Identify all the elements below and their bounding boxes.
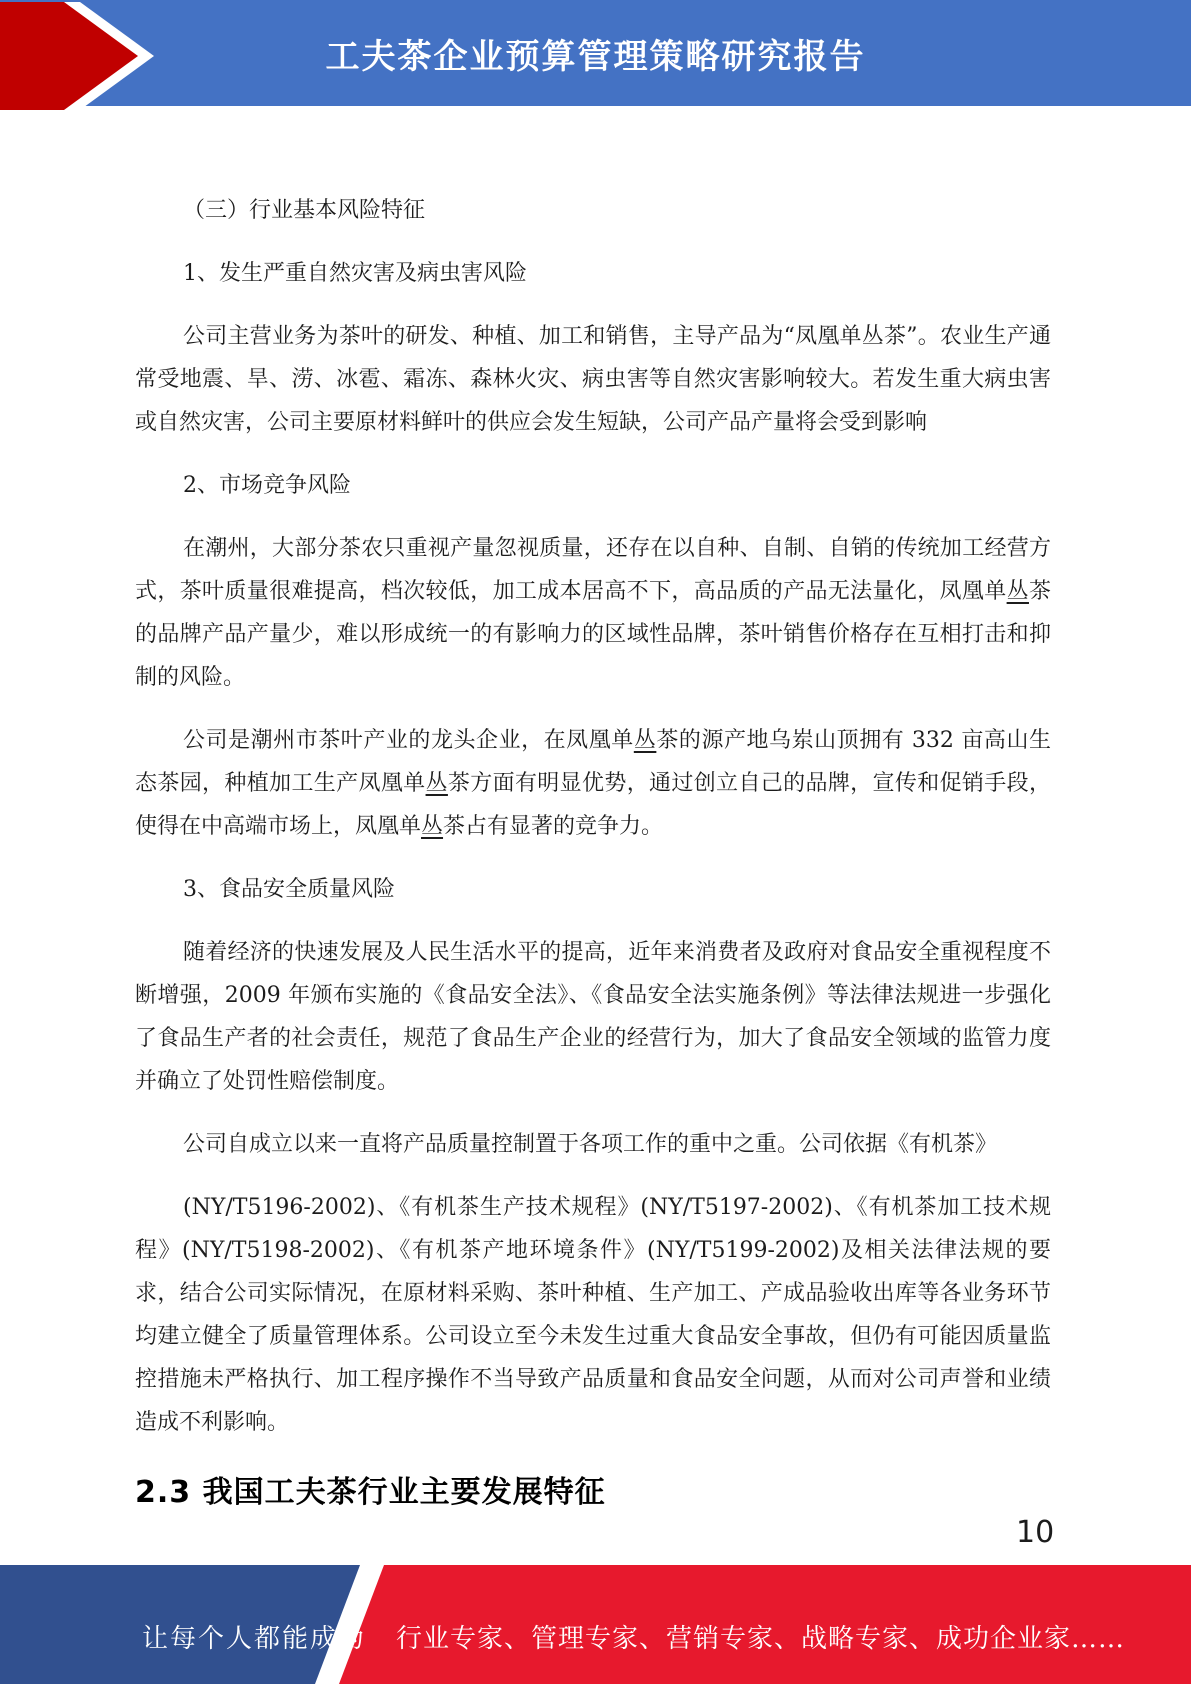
footer-slogan-left: 让每个人都能成为	[142, 1618, 366, 1655]
paragraph: 公司是潮州市茶叶产业的龙头企业，在凤凰单丛茶的源产地乌岽山顶拥有 332 亩高山…	[135, 719, 1051, 848]
text-run: 2、市场竞争风险	[183, 473, 351, 498]
footer-slogan-right: 行业专家、管理专家、营销专家、战略专家、成功企业家……	[396, 1618, 1125, 1655]
underlined-text: 丛	[1007, 579, 1029, 604]
document-body: （三）行业基本风险特征1、发生严重自然灾害及病虫害风险公司主营业务为茶叶的研发、…	[135, 115, 1051, 1534]
text-run: 公司是潮州市茶叶产业的龙头企业，在凤凰单	[183, 728, 634, 753]
paragraph: (NY/T5196-2002)、《有机茶生产技术规程》(NY/T5197-200…	[135, 1186, 1051, 1444]
paragraph: 公司自成立以来一直将产品质量控制置于各项工作的重中之重。公司依据《有机茶》	[135, 1123, 1051, 1166]
text-run: 公司自成立以来一直将产品质量控制置于各项工作的重中之重。公司依据《有机茶》	[183, 1132, 997, 1157]
text-run: （三）行业基本风险特征	[183, 198, 425, 223]
page-number: 10	[1016, 1515, 1054, 1550]
sub-heading: 2、市场竞争风险	[135, 464, 1051, 507]
report-title: 工夫茶企业预算管理策略研究报告	[0, 0, 1191, 106]
page-footer: 让每个人都能成为 行业专家、管理专家、营销专家、战略专家、成功企业家……	[0, 1565, 1191, 1684]
underlined-text: 丛	[426, 771, 448, 796]
underlined-text: 丛	[421, 814, 443, 839]
paragraph: 随着经济的快速发展及人民生活水平的提高，近年来消费者及政府对食品安全重视程度不断…	[135, 931, 1051, 1103]
paragraph: 在潮州，大部分茶农只重视产量忽视质量，还存在以自种、自制、自销的传统加工经营方式…	[135, 527, 1051, 699]
text-run: 公司主营业务为茶叶的研发、种植、加工和销售，主导产品为“凤凰单丛茶”。农业生产通…	[135, 324, 1051, 435]
text-run: 随着经济的快速发展及人民生活水平的提高，近年来消费者及政府对食品安全重视程度不断…	[135, 940, 1051, 1094]
text-run: (NY/T5196-2002)、《有机茶生产技术规程》(NY/T5197-200…	[135, 1195, 1051, 1435]
sub-heading: 3、食品安全质量风险	[135, 868, 1051, 911]
sub-heading: 1、发生严重自然灾害及病虫害风险	[135, 252, 1051, 295]
report-header: 工夫茶企业预算管理策略研究报告	[0, 0, 1191, 115]
section-heading: 2.3 我国工夫茶行业主要发展特征	[135, 1472, 1051, 1514]
sub-heading: （三）行业基本风险特征	[135, 189, 1051, 232]
paragraph: 公司主营业务为茶叶的研发、种植、加工和销售，主导产品为“凤凰单丛茶”。农业生产通…	[135, 315, 1051, 444]
text-run: 在潮州，大部分茶农只重视产量忽视质量，还存在以自种、自制、自销的传统加工经营方式…	[135, 536, 1051, 604]
underlined-text: 丛	[634, 728, 657, 753]
text-run: 1、发生严重自然灾害及病虫害风险	[183, 261, 527, 286]
text-run: 2.3 我国工夫茶行业主要发展特征	[135, 1475, 606, 1510]
text-run: 茶占有显著的竞争力。	[443, 814, 663, 839]
text-run: 3、食品安全质量风险	[183, 877, 395, 902]
